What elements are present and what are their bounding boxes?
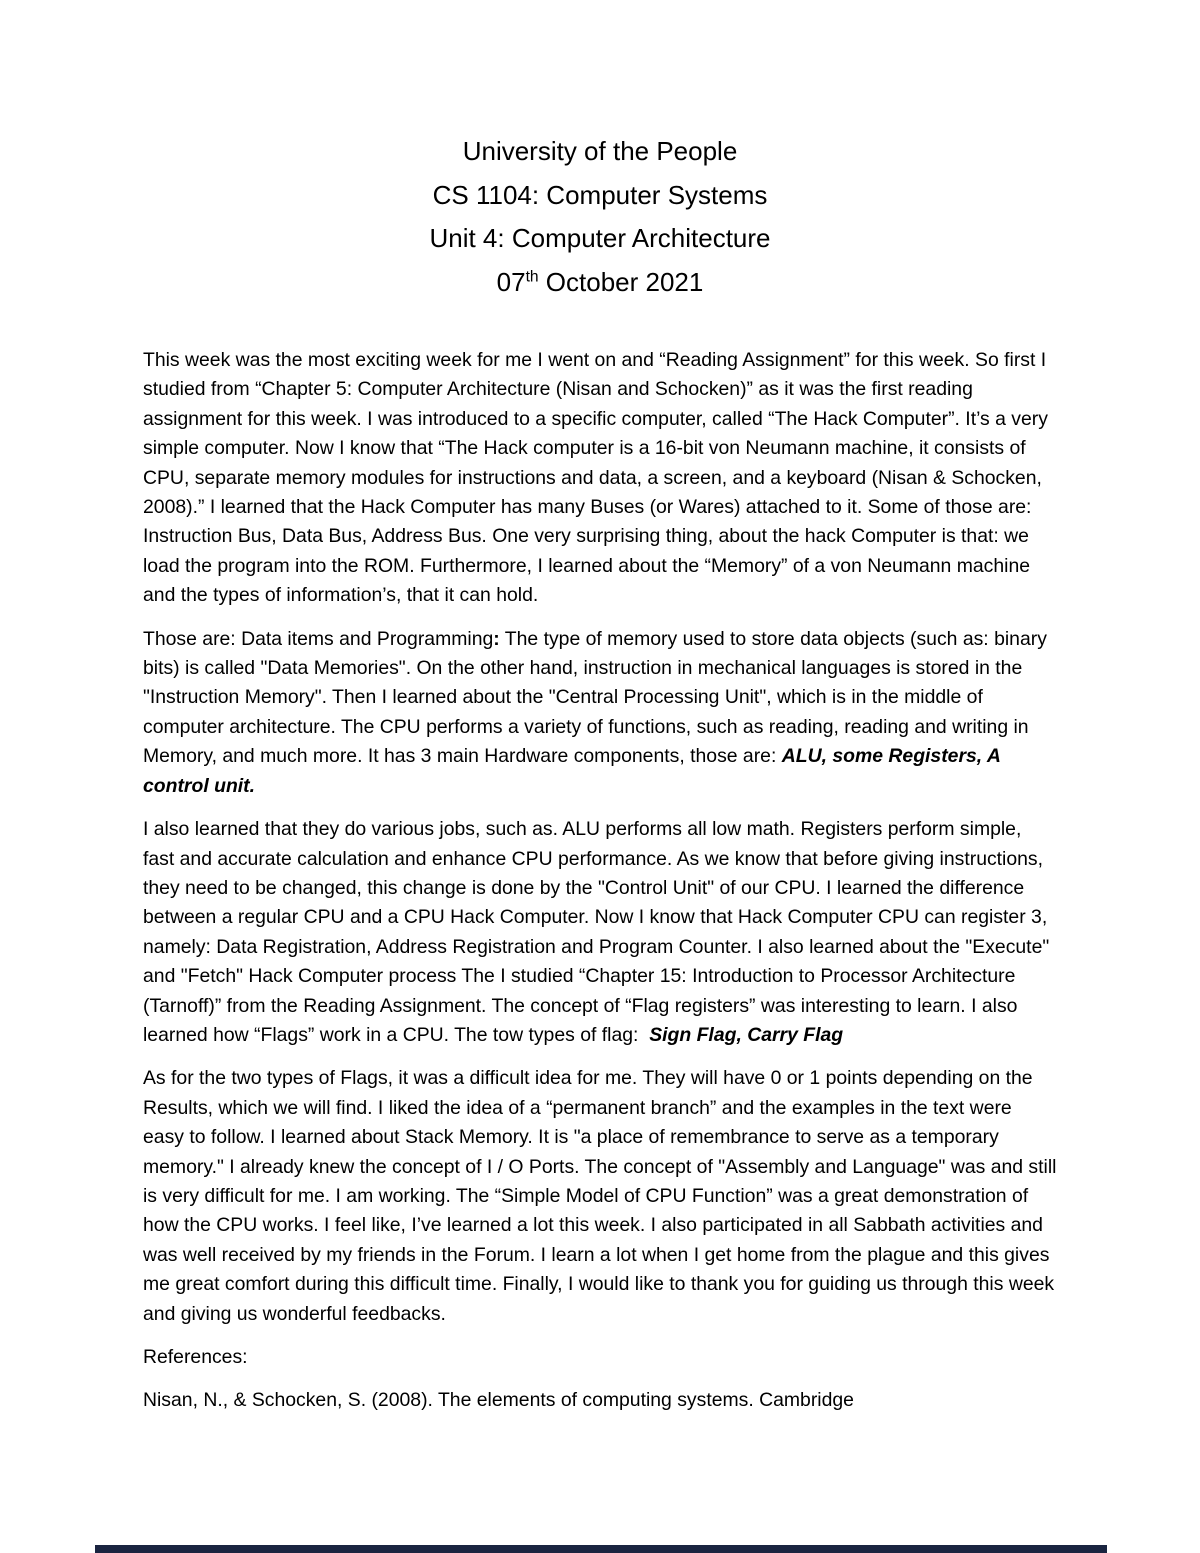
date-day: 07 [497,267,526,297]
paragraph-intro: This week was the most exciting week for… [143,346,1057,611]
paragraph-reflection: As for the two types of Flags, it was a … [143,1064,1057,1329]
text-run: This week was the most exciting week for… [143,349,1048,606]
paragraph-registers-flags: I also learned that they do various jobs… [143,815,1057,1050]
text-run: Those are: Data items and Programming [143,628,493,650]
document-page: University of the People CS 1104: Comput… [0,0,1200,1553]
text-run: I also learned that they do various jobs… [143,818,1049,1046]
document-header: University of the People CS 1104: Comput… [143,136,1057,297]
date-ordinal-superscript: th [526,268,539,285]
date-month-year: October 2021 [539,267,704,297]
title-university: University of the People [143,136,1057,167]
text-run: As for the two types of Flags, it was a … [143,1067,1056,1324]
body-paragraphs: This week was the most exciting week for… [143,346,1057,1416]
text-run: Nisan, N., & Schocken, S. (2008). The el… [143,1389,854,1411]
footer-bar [95,1545,1107,1553]
title-date: 07th October 2021 [143,267,1057,298]
reference-entry: Nisan, N., & Schocken, S. (2008). The el… [143,1386,1057,1415]
text-run: References: [143,1346,248,1368]
paragraph-memory-cpu: Those are: Data items and Programming: T… [143,625,1057,801]
title-unit: Unit 4: Computer Architecture [143,223,1057,254]
references-heading: References: [143,1343,1057,1372]
document-content: University of the People CS 1104: Comput… [143,0,1057,1416]
text-run: Sign Flag, Carry Flag [649,1024,843,1046]
title-course: CS 1104: Computer Systems [143,180,1057,211]
